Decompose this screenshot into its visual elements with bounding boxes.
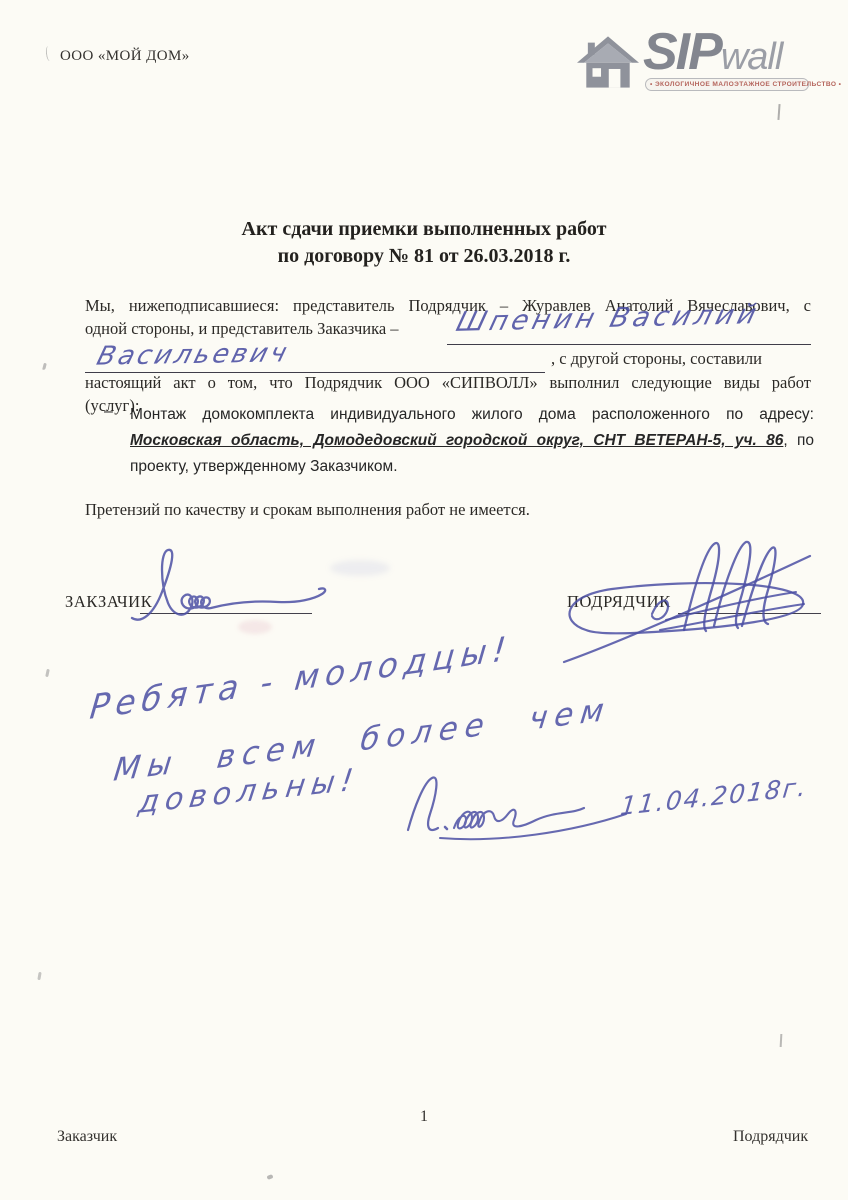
paragraph-line-3: , с другой стороны, составили — [551, 349, 762, 369]
footer-customer-label: Заказчик — [57, 1128, 117, 1146]
work-item-text: Монтаж домокомплекта индивидуального жил… — [130, 402, 814, 480]
title-line-2: по договору № 81 от 26.03.2018 г. — [0, 243, 848, 270]
page-number: 1 — [0, 1108, 848, 1126]
note-date: 11.04.2018г. — [619, 772, 809, 821]
scan-artifact — [266, 1174, 273, 1180]
paragraph-line-4: настоящий акт о том, что Подрядчик ООО «… — [85, 373, 811, 393]
customer-signature-ink — [126, 546, 340, 634]
scanned-document-page: ООО «МОЙ ДОМ» SIPwall • ЭКОЛОГИЧНОЕ МАЛО… — [0, 0, 848, 1200]
scan-artifact — [45, 46, 53, 62]
work-item-address: Московская область, Домодедовский городс… — [130, 432, 783, 449]
scan-artifact — [42, 363, 47, 371]
company-name: ООО «МОЙ ДОМ» — [60, 48, 190, 65]
title-line-1: Акт сдачи приемки выполненных работ — [0, 216, 848, 243]
brand-wall: wall — [721, 36, 782, 78]
document-title: Акт сдачи приемки выполненных работ по д… — [0, 216, 848, 270]
scan-artifact — [777, 104, 780, 120]
claims-statement: Претензий по качеству и срокам выполнени… — [85, 500, 530, 520]
handwritten-customer-name-2: Васильевич — [93, 338, 292, 371]
sipwall-logo: SIPwall • ЭКОЛОГИЧНОЕ МАЛОЭТАЖНОЕ СТРОИТ… — [577, 28, 827, 96]
scan-artifact — [45, 669, 50, 677]
scan-artifact — [37, 972, 41, 980]
footer-contractor-label: Подрядчик — [733, 1128, 808, 1146]
brand-wordmark: SIPwall — [643, 22, 782, 82]
scan-artifact — [780, 1034, 783, 1047]
fill-in-line-1 — [447, 344, 811, 345]
brand-sip: SIP — [643, 23, 721, 81]
work-item-before: Монтаж домокомплекта индивидуального жил… — [130, 406, 814, 423]
note-signature-ink — [400, 770, 632, 844]
contractor-signature-ink — [556, 534, 828, 666]
paragraph-line-2: одной стороны, и представитель Заказчика… — [85, 319, 399, 339]
house-icon — [577, 30, 639, 94]
logo-tagline: • ЭКОЛОГИЧНОЕ МАЛОЭТАЖНОЕ СТРОИТЕЛЬСТВО … — [645, 78, 809, 91]
bullet-dash: – — [104, 403, 113, 421]
